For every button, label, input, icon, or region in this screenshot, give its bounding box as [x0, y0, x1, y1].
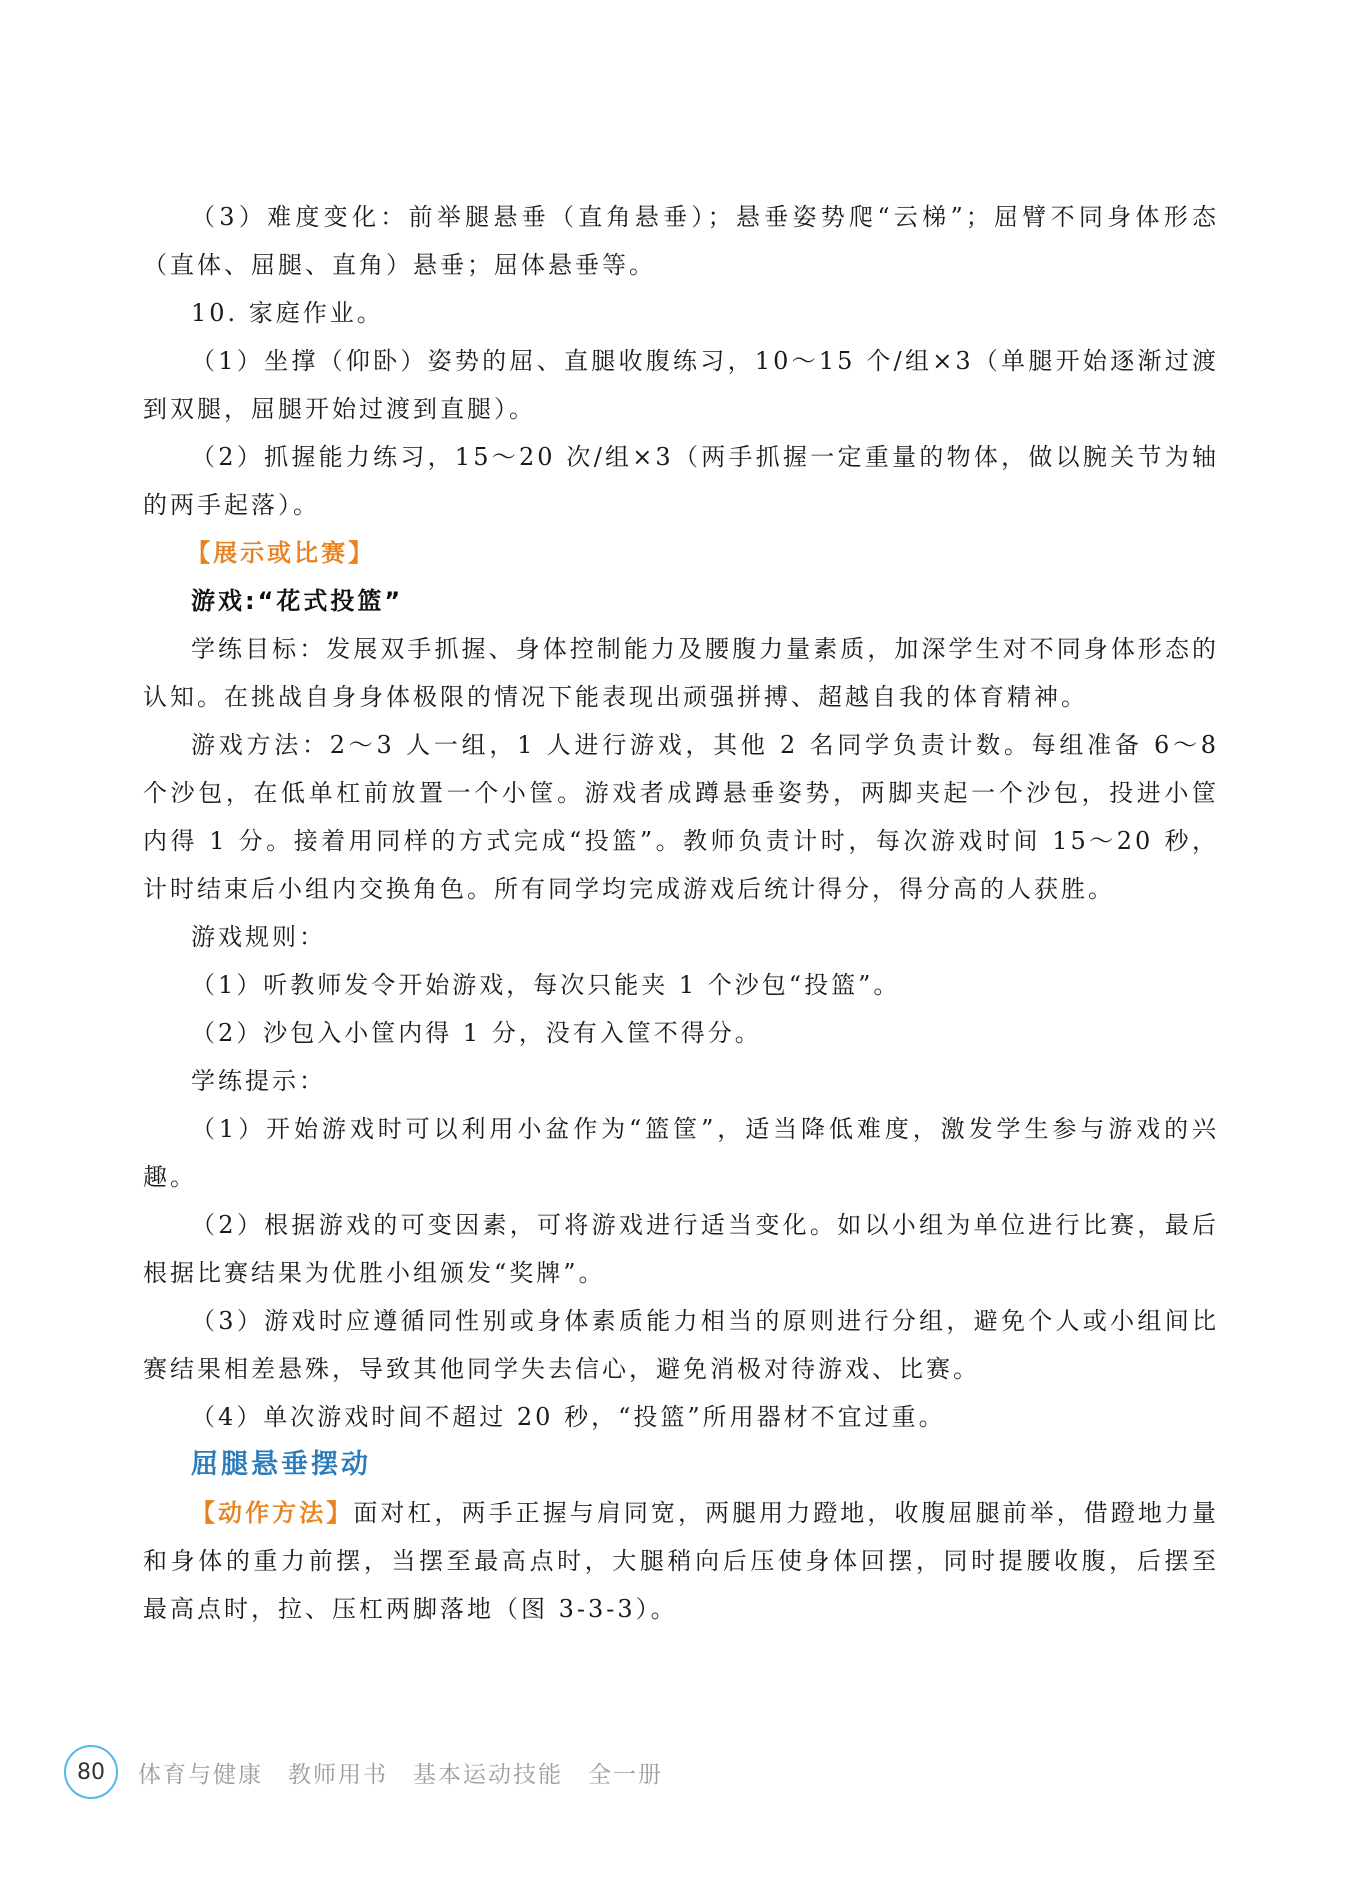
paragraph-difficulty-variation: （3）难度变化：前举腿悬垂（直角悬垂）；悬垂姿势爬“云梯”；屈臂不同身体形态（直… — [143, 193, 1219, 289]
paragraph-game-rules-label: 游戏规则： — [143, 913, 1219, 961]
paragraph-game-rule-1: （1）听教师发令开始游戏，每次只能夹 1 个沙包“投篮”。 — [143, 961, 1219, 1009]
game-title: 游戏:“花式投篮” — [143, 577, 1219, 625]
page-number-badge: 80 — [64, 1745, 118, 1799]
paragraph-practice-tip-1: （1）开始游戏时可以利用小盆作为“篮筐”，适当降低难度，激发学生参与游戏的兴趣。 — [143, 1105, 1219, 1201]
section-heading-bent-leg-hang-swing: 屈腿悬垂摆动 — [143, 1441, 1219, 1489]
book-page: （3）难度变化：前举腿悬垂（直角悬垂）；悬垂姿势爬“云梯”；屈臂不同身体形态（直… — [0, 0, 1359, 1891]
paragraph-action-method: 【动作方法】面对杠，两手正握与肩同宽，两腿用力蹬地，收腹屈腿前举，借蹬地力量和身… — [143, 1489, 1219, 1633]
page-body-text: （3）难度变化：前举腿悬垂（直角悬垂）；悬垂姿势爬“云梯”；屈臂不同身体形态（直… — [143, 193, 1219, 1633]
show-or-compete-tag: 【展示或比赛】 — [143, 529, 1219, 577]
paragraph-homework-item-1: （1）坐撑（仰卧）姿势的屈、直腿收腹练习，10～15 个/组×3（单腿开始逐渐过… — [143, 337, 1219, 433]
action-method-tag: 【动作方法】 — [191, 1499, 353, 1527]
paragraph-practice-tip-2: （2）根据游戏的可变因素，可将游戏进行适当变化。如以小组为单位进行比赛，最后根据… — [143, 1201, 1219, 1297]
paragraph-homework-heading: 10. 家庭作业。 — [143, 289, 1219, 337]
paragraph-homework-item-2: （2）抓握能力练习，15～20 次/组×3（两手抓握一定重量的物体，做以腕关节为… — [143, 433, 1219, 529]
paragraph-practice-tip-3: （3）游戏时应遵循同性别或身体素质能力相当的原则进行分组，避免个人或小组间比赛结… — [143, 1297, 1219, 1393]
paragraph-practice-tips-label: 学练提示： — [143, 1057, 1219, 1105]
footer-running-title: 体育与健康 教师用书 基本运动技能 全一册 — [138, 1756, 663, 1789]
paragraph-game-method: 游戏方法：2～3 人一组，1 人进行游戏，其他 2 名同学负责计数。每组准备 6… — [143, 721, 1219, 913]
page-footer: 80 体育与健康 教师用书 基本运动技能 全一册 — [64, 1745, 663, 1799]
section-heading-label: 屈腿悬垂摆动 — [191, 1449, 371, 1480]
show-or-compete-tag-label: 【展示或比赛】 — [186, 539, 375, 567]
paragraph-game-rule-2: （2）沙包入小筐内得 1 分，没有入筐不得分。 — [143, 1009, 1219, 1057]
paragraph-practice-tip-4: （4）单次游戏时间不超过 20 秒，“投篮”所用器材不宜过重。 — [143, 1393, 1219, 1441]
paragraph-learning-goal: 学练目标：发展双手抓握、身体控制能力及腰腹力量素质，加深学生对不同身体形态的认知… — [143, 625, 1219, 721]
game-title-label: 游戏:“花式投篮” — [191, 587, 403, 615]
page-number: 80 — [77, 1760, 105, 1785]
